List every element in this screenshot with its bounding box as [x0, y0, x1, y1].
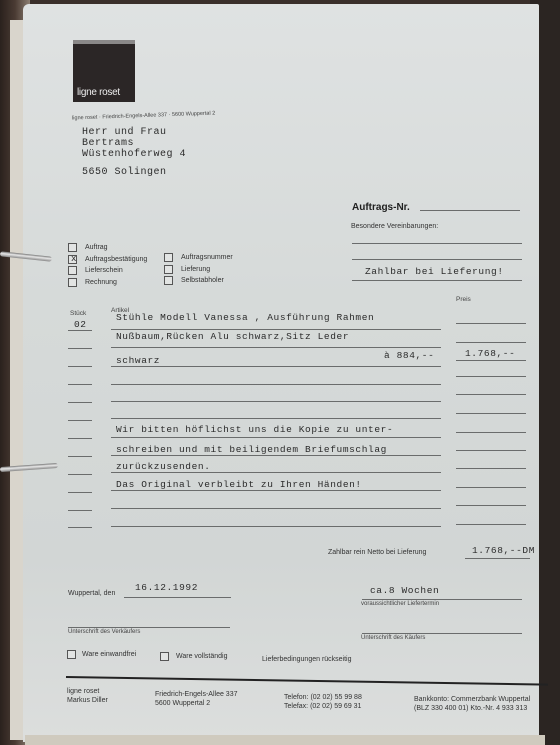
recipient-line: Wüstenhoferweg 4: [82, 149, 186, 160]
checkbox-icon[interactable]: [68, 266, 77, 275]
seller-signature-label: Unterschrift des Verkäufers: [68, 629, 140, 635]
checkbox-goods-ok[interactable]: Ware einwandfrei: [67, 650, 136, 659]
totals-label: Zahlbar rein Netto bei Lieferung: [328, 549, 426, 556]
col-header-qty: Stück: [70, 310, 86, 317]
totals-value: 1.768,--DM: [472, 545, 535, 556]
footer-company-name: ligne roset: [67, 687, 108, 696]
footer-city: 5600 Wuppertal 2: [155, 699, 237, 708]
row-article: Stühle Modell Vanessa , Ausführung Rahme…: [116, 312, 374, 323]
col-header-price: Preis: [456, 296, 471, 303]
checkbox-icon[interactable]: [68, 243, 77, 252]
note-line: zurückzusenden.: [116, 461, 211, 472]
agreements-line-1: [352, 243, 522, 244]
order-number-label: Auftrags-Nr.: [352, 202, 410, 213]
doc-type-left: Auftrag xAuftragsbestätigung Lieferschei…: [68, 242, 147, 288]
recipient-city: 5650 Solingen: [82, 167, 167, 178]
checkbox-rechnung[interactable]: Rechnung: [68, 277, 147, 289]
checkbox-lieferung[interactable]: Lieferung: [164, 264, 233, 276]
footer-telefax: Telefax: (02 02) 59 69 31: [284, 702, 362, 711]
seller-signature-line[interactable]: [68, 627, 230, 628]
checkbox-auftragsnummer[interactable]: Auftragsnummer: [164, 252, 233, 264]
checkbox-icon[interactable]: [68, 278, 77, 287]
footer-address: Friedrich-Engels-Allee 337 5600 Wupperta…: [155, 690, 237, 708]
checkbox-lieferschein[interactable]: Lieferschein: [68, 265, 147, 277]
row-article: Nußbaum,Rücken Alu schwarz,Sitz Leder: [116, 331, 349, 342]
row-unit-price: à 884,--: [384, 350, 434, 361]
logo-text: ligne roset: [77, 87, 120, 98]
row-article: schwarz: [116, 355, 160, 366]
delivery-line: [362, 599, 522, 600]
checkbox-selbstabholer[interactable]: Selbstabholer: [164, 275, 233, 287]
agreements-line-3: [352, 280, 522, 281]
checkbox-icon[interactable]: [164, 276, 173, 285]
date-line: [124, 597, 231, 598]
doc-type-right: Auftragsnummer Lieferung Selbstabholer: [164, 252, 233, 287]
checkbox-icon[interactable]: [164, 265, 173, 274]
note-line: Das Original verbleibt zu Ihren Händen!: [116, 479, 362, 490]
buyer-signature-label: Unterschrift des Käufers: [361, 635, 425, 641]
note-line: schreiben und mit beiligendem Briefumsch…: [116, 444, 387, 455]
row-total-price: 1.768,--: [465, 348, 515, 359]
agreements-line-2: [352, 259, 522, 260]
checkbox-icon[interactable]: [164, 253, 173, 262]
delivery-label: voraussichtlicher Liefertermin: [361, 601, 439, 607]
checkbox-auftrag[interactable]: Auftrag: [68, 242, 147, 254]
order-number-field[interactable]: [420, 210, 520, 211]
buyer-signature-line[interactable]: [362, 633, 522, 634]
checkbox-x-mark: x: [71, 254, 76, 264]
footer-bank: Bankkonto: Commerzbank Wuppertal (BLZ 33…: [414, 695, 530, 713]
checkbox-icon[interactable]: [67, 650, 76, 659]
footer-bank-account: (BLZ 330 400 01) Kto.-Nr. 4 933 313: [414, 704, 530, 713]
footer-phone: Telefon: (02 02) 55 99 88 Telefax: (02 0…: [284, 693, 362, 711]
footer-street: Friedrich-Engels-Allee 337: [155, 690, 237, 699]
delivery-value: ca.8 Wochen: [370, 585, 439, 596]
footer-company: ligne roset Markus Diller: [67, 687, 108, 705]
note-line: Wir bitten höflichst uns die Kopie zu un…: [116, 424, 393, 435]
footer-bank-name: Bankkonto: Commerzbank Wuppertal: [414, 695, 530, 704]
delivery-terms-note: Lieferbedingungen rückseitig: [262, 656, 352, 663]
agreements-value: Zahlbar bei Lieferung!: [365, 266, 504, 277]
footer-telephone: Telefon: (02 02) 55 99 88: [284, 693, 362, 702]
agreements-label: Besondere Vereinbarungen:: [351, 223, 438, 230]
place-label: Wuppertal, den: [68, 590, 115, 597]
underlying-paper-bottom: [25, 735, 545, 745]
totals-line: [465, 558, 530, 559]
row-qty: 02: [74, 319, 87, 330]
checkbox-icon[interactable]: [160, 652, 169, 661]
date-value: 16.12.1992: [135, 582, 198, 593]
recipient-line: Bertrams: [82, 138, 186, 149]
recipient-line: Herr und Frau: [82, 127, 186, 138]
footer-contact-name: Markus Diller: [67, 696, 108, 705]
checkbox-auftragsbestaetigung[interactable]: xAuftragsbestätigung: [68, 254, 147, 266]
checkbox-goods-complete[interactable]: Ware vollständig: [160, 652, 228, 661]
recipient-address: Herr und Frau Bertrams Wüstenhoferweg 4: [82, 127, 186, 160]
